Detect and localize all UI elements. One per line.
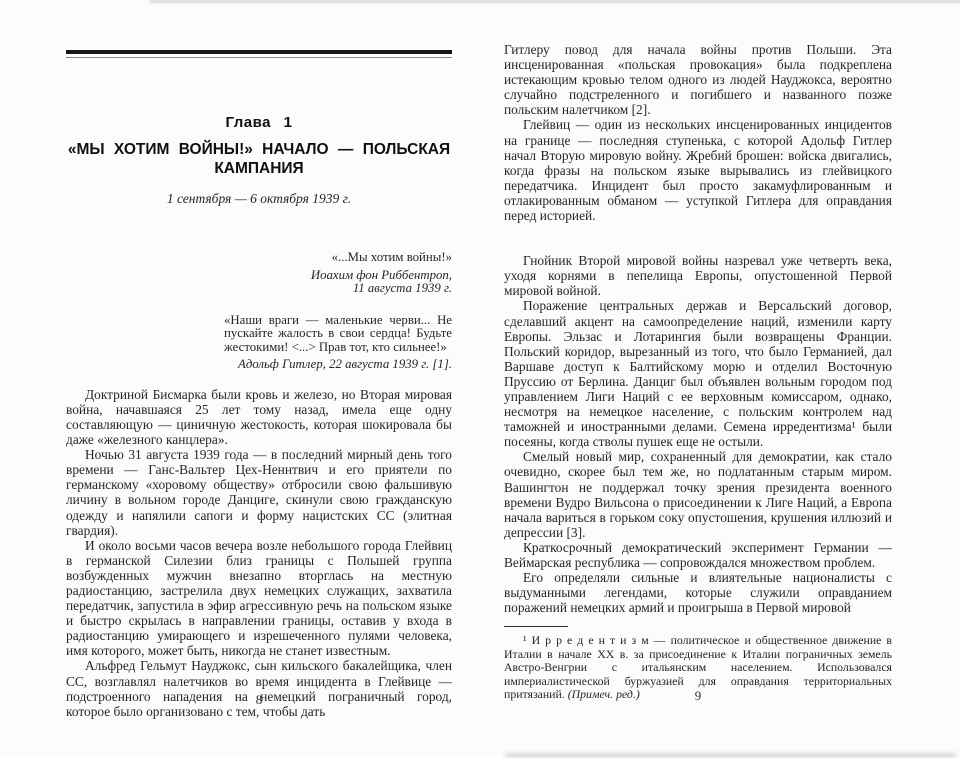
body-paragraph: Его определяли сильные и влиятельные нац… [504, 570, 892, 615]
epigraph-quote: «...Мы хотим войны!» [66, 251, 452, 264]
body-paragraph: Краткосрочный демократический эксперимен… [504, 540, 892, 570]
body-paragraph: Альфред Гельмут Науджокс, сын кильского … [66, 658, 452, 718]
page-number-left: 8 [66, 692, 452, 708]
body-paragraph: Гнойник Второй мировой войны назревал уж… [504, 253, 892, 298]
body-paragraph: Поражение центральных держав и Версальск… [504, 298, 892, 449]
chapter-label: Глава 1 [66, 114, 452, 131]
epigraph-quote: «Наши враги — маленькие черви... Не пуск… [224, 314, 452, 355]
body-paragraph: Гитлеру повод для начала войны против По… [504, 42, 892, 117]
epigraph-hitler: «Наши враги — маленькие черви... Не пуск… [224, 314, 452, 372]
footnote-rule [504, 626, 568, 627]
chapter-rule [66, 50, 452, 58]
epigraph-attribution: Адольф Гитлер, 22 августа 1939 г. [1]. [224, 358, 452, 372]
body-paragraph: Смелый новый мир, сохраненный для демокр… [504, 449, 892, 540]
epigraph-ribbentrop: «...Мы хотим войны!» Иоахим фон Риббентр… [66, 251, 452, 296]
body-paragraph: Доктриной Бисмарка были кровь и железо, … [66, 387, 452, 447]
body-paragraph: Глейвиц — один из нескольких инсценирова… [504, 117, 892, 223]
chapter-date-range: 1 сентября — 6 октября 1939 г. [66, 191, 452, 207]
book-spread: Глава 1 «МЫ ХОТИМ ВОЙНЫ!» НАЧАЛО — ПОЛЬС… [0, 0, 960, 758]
body-text-right: Гитлеру повод для начала войны против По… [504, 42, 892, 615]
page-number-right: 9 [504, 688, 892, 704]
body-paragraph: Ночью 31 августа 1939 года — в последний… [66, 447, 452, 538]
page-left: Глава 1 «МЫ ХОТИМ ВОЙНЫ!» НАЧАЛО — ПОЛЬС… [66, 0, 452, 758]
body-paragraph: И около восьми часов вечера возле неболь… [66, 538, 452, 659]
body-text-left: Доктриной Бисмарка были кровь и железо, … [66, 387, 452, 719]
chapter-title: «МЫ ХОТИМ ВОЙНЫ!» НАЧАЛО — ПОЛЬСКАЯ КАМП… [66, 140, 452, 178]
page-right: Гитлеру повод для начала войны против По… [504, 0, 892, 758]
epigraph-attribution-date: 11 августа 1939 г. [66, 282, 452, 295]
